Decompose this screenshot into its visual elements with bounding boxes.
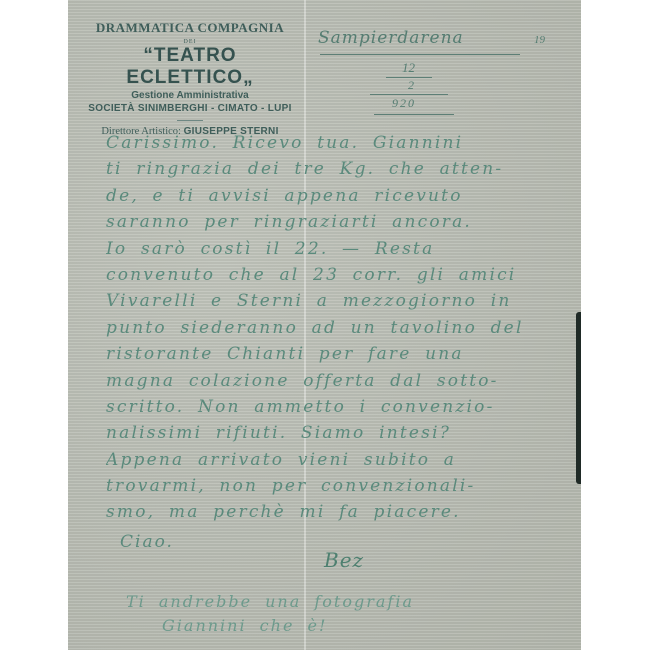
management-line: Gestione Amministrativa [80,90,300,101]
letter-line: convenuto che al 23 corr. gli amici [106,262,576,288]
date-year: 920 [392,96,416,111]
date-rule [320,54,520,55]
postscript: Ti andrebbe una fotografia Giannini che … [126,590,414,638]
letter-line: ti ringrazia dei tre Kg. che atten- [106,156,576,182]
letter-line: Appena arrivato vieni subito a [106,447,576,473]
date-day: 12 [402,60,415,76]
signature: Bez [324,548,364,572]
date-place: Sampierdarena [318,28,464,48]
letter-line: ristorante Chianti per fare una [106,341,576,367]
letterhead: DRAMMATICA COMPAGNIA DEI “TEATRO ECLETTI… [80,16,300,137]
letter-line: smo, ma perchè mi fa piacere. [106,499,576,525]
postscript-line: Ti andrebbe una fotografia [126,590,414,614]
letter-line: saranno per ringraziarti ancora. [106,209,576,235]
letter-line: Io sarò costì il 22. — Resta [106,236,576,262]
society-line: SOCIETÀ SINIMBERGHI - CIMATO - LUPI [80,103,300,114]
letter-paper: DRAMMATICA COMPAGNIA DEI “TEATRO ECLETTI… [68,0,581,650]
letter-line: nalissimi rifiuti. Siamo intesi? [106,420,576,446]
date-year-prefix: 19 [534,34,545,46]
company-name: DRAMMATICA COMPAGNIA [80,20,300,36]
letter-line: Carissimo. Ricevo tua. Giannini [106,130,576,156]
letter-body: Carissimo. Ricevo tua. Giannini ti ringr… [106,130,576,526]
letter-line: punto siederanno ad un tavolino del [106,315,576,341]
letter-line: Vivarelli e Sterni a mezzogiorno in [106,288,576,314]
date-month: 2 [408,78,414,93]
closing: Ciao. [120,532,174,552]
letter-line: trovarmi, non per convenzionali- [106,473,576,499]
theatre-name: “TEATRO ECLETTICO„ [80,45,300,89]
letter-line: magna colazione offerta dal sotto- [106,368,576,394]
letter-line: de, e ti avvisi appena ricevuto [106,183,576,209]
torn-edge [576,312,581,484]
postscript-line: Giannini che è! [126,614,414,638]
date-rule [374,114,454,115]
letterhead-rule [177,120,203,121]
date-rule [370,94,448,95]
letter-line: scritto. Non ammetto i convenzio- [106,394,576,420]
